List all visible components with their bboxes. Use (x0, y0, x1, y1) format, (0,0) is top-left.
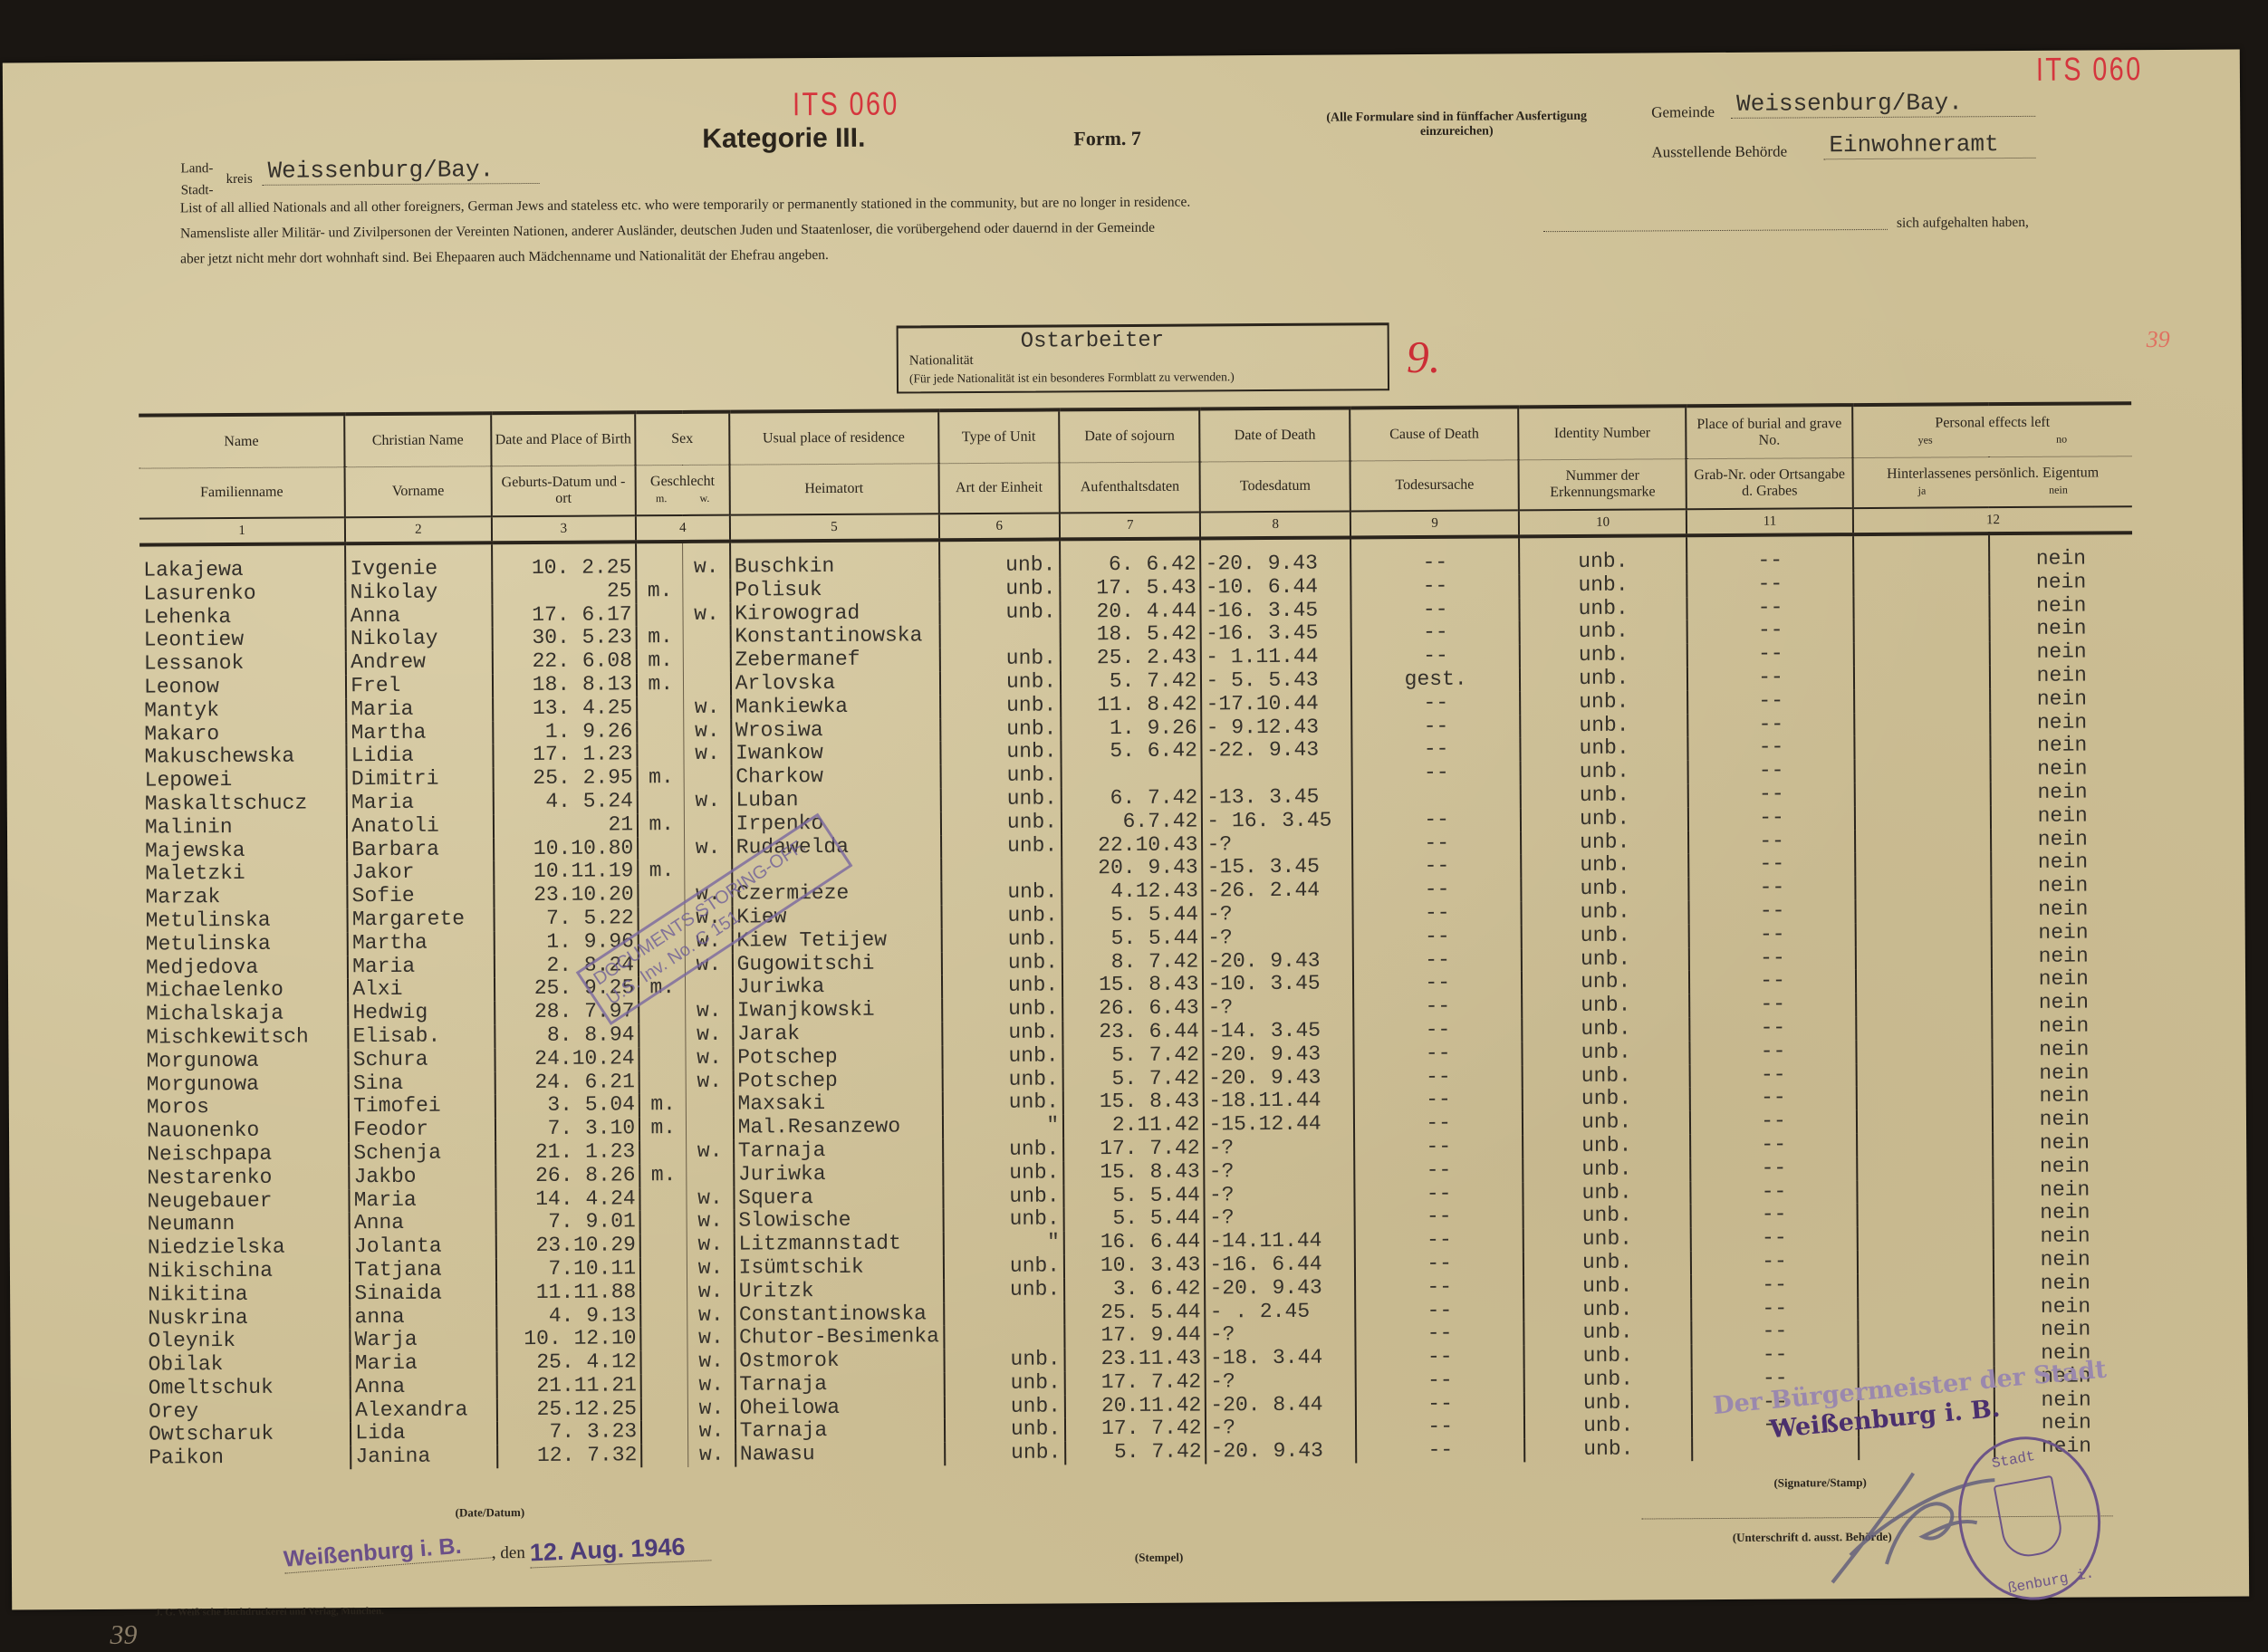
cell-id: unb. (1522, 971, 1689, 995)
cell-burial: -- (1687, 534, 1853, 573)
cell-birth: 17. 1.23 (493, 744, 638, 768)
cell-sojourn: 6.7.42 (1062, 810, 1202, 834)
cell-first: Anatoli (347, 814, 494, 839)
cell-residence: Chutor-Besimenka (735, 1326, 944, 1350)
cell-w: w. (687, 1186, 734, 1210)
date-stamp: 12. Aug. 1946 (529, 1532, 711, 1568)
its-stamp-center: ITS 060 (793, 85, 899, 124)
cell-first: anna (350, 1305, 496, 1330)
cell-unit: unb. (941, 881, 1062, 906)
nationality-label: Nationalität (909, 353, 974, 369)
cell-w: w. (688, 1444, 735, 1467)
cell-yes (1855, 829, 1991, 853)
intro-german-1-end: sich aufgehalten haben, (1897, 209, 2114, 235)
cell-birth: 1. 9.26 (493, 720, 638, 744)
cell-residence: Zebermanef (730, 648, 939, 672)
cell-sojourn: 15. 8.43 (1063, 1090, 1204, 1115)
cell-id: unb. (1521, 783, 1688, 808)
cell-burial: -- (1687, 572, 1853, 597)
cell-m (641, 1420, 688, 1444)
cell-w: w. (688, 1397, 735, 1420)
cell-first: Anna (350, 1212, 496, 1236)
den-label: , den (492, 1543, 525, 1562)
cell-name: Obilak (145, 1352, 351, 1377)
page-title: Kategorie III. (702, 123, 865, 155)
cell-yes (1857, 1132, 1993, 1157)
cell-sojourn: 1. 9.26 (1061, 716, 1201, 741)
cell-sojourn: 11. 8.42 (1061, 693, 1201, 717)
cell-yes (1858, 1225, 1994, 1250)
cell-unit: unb. (944, 1349, 1065, 1373)
cell-burial: -- (1687, 689, 1854, 714)
landkreis-field: Weissenburg/Bay. (262, 156, 539, 186)
cell-death: - 5. 5.43 (1201, 668, 1351, 693)
cell-residence: Squera (734, 1186, 943, 1210)
cell-death: -? (1205, 1183, 1355, 1207)
cell-burial: -- (1691, 1226, 1858, 1251)
cell-sojourn: 8. 7.42 (1062, 950, 1203, 975)
cell-no: nein (1993, 1202, 2137, 1226)
col-name-de: Familienname (139, 467, 346, 519)
cell-yes (1855, 782, 1991, 806)
cell-burial: -- (1687, 666, 1854, 690)
col-num-5: 5 (730, 514, 939, 541)
cell-id: unb. (1524, 1415, 1692, 1439)
cell-name: Owtscharuk (145, 1423, 351, 1447)
cell-yes (1858, 1319, 1994, 1343)
col-effects-ja: ja (1918, 483, 1927, 499)
cell-id: unb. (1521, 737, 1688, 762)
cell-id: unb. (1523, 1298, 1691, 1322)
cell-burial: -- (1691, 1297, 1858, 1321)
cell-residence: Ostmorok (735, 1349, 944, 1373)
cell-id: unb. (1523, 1088, 1690, 1112)
col-id-en: Identity Number (1518, 406, 1686, 460)
cell-unit: unb. (943, 1185, 1064, 1209)
cell-w: w. (687, 1070, 734, 1093)
cell-name: Mischkewitsch (142, 1025, 348, 1050)
cell-unit: unb. (943, 1254, 1064, 1279)
cell-burial: -- (1690, 1109, 1857, 1134)
cell-death: -? (1206, 1417, 1356, 1441)
cell-id: unb. (1522, 994, 1689, 1018)
cell-name: Nikitina (144, 1282, 350, 1307)
cell-no: nein (1991, 851, 2135, 876)
cell-no: nein (1990, 735, 2134, 759)
cell-first: Maria (347, 791, 494, 815)
cell-id: unb. (1519, 535, 1687, 574)
cell-death: -13. 3.45 (1202, 785, 1352, 810)
cell-cause: -- (1356, 1345, 1524, 1369)
cell-id: unb. (1524, 1391, 1692, 1416)
cell-w (687, 1163, 734, 1186)
cell-cause: -- (1356, 1392, 1524, 1417)
cell-no: nein (1991, 898, 2135, 922)
cell-w: w. (687, 1303, 735, 1327)
cell-unit: " (942, 1115, 1063, 1139)
cell-sojourn: 17. 5.43 (1060, 576, 1200, 600)
cell-sojourn: 5. 5.44 (1062, 927, 1203, 951)
cell-birth: 18. 8.13 (493, 673, 638, 697)
place-date-line: Weißenburg i. B., den 12. Aug. 1946 (283, 1535, 711, 1567)
cell-residence: Juriwka (734, 1162, 943, 1186)
cell-death: -? (1204, 996, 1354, 1021)
cell-residence: Nawasu (735, 1443, 945, 1467)
cell-cause: -- (1354, 1089, 1523, 1113)
cell-sojourn: 25. 5.44 (1064, 1301, 1205, 1325)
cell-birth: 7. 3.10 (495, 1117, 640, 1141)
cell-name: Neumann (144, 1213, 350, 1237)
cell-yes (1857, 1085, 1993, 1109)
cell-m: m. (639, 1164, 687, 1187)
cell-w: w. (685, 790, 732, 813)
cell-w: w. (688, 1420, 735, 1444)
cell-cause: -- (1353, 948, 1522, 973)
cell-cause: -- (1355, 1299, 1523, 1323)
cell-birth: 8. 8.94 (495, 1023, 639, 1048)
cell-sojourn: 20. 4.44 (1061, 600, 1201, 624)
cell-name: Oleynik (144, 1330, 350, 1354)
cell-m (639, 883, 686, 907)
cell-unit (944, 1301, 1065, 1326)
cell-unit: unb. (941, 927, 1062, 952)
cell-cause: -- (1355, 1205, 1523, 1230)
cell-m (640, 1186, 687, 1210)
cell-sojourn: 23. 6.44 (1062, 1020, 1203, 1044)
cell-yes (1856, 969, 1992, 994)
cell-name: Majewska (141, 839, 347, 863)
cell-cause: -- (1354, 1065, 1523, 1090)
cell-unit: unb. (941, 834, 1062, 859)
cell-yes (1858, 1296, 1994, 1321)
cell-w: w. (683, 542, 730, 580)
cell-first: Sinaida (350, 1282, 496, 1306)
col-birth-de: Geburts-Datum und -ort (491, 466, 636, 516)
cell-first: Anna (346, 604, 493, 629)
cell-unit: unb. (944, 1371, 1065, 1396)
cell-w (684, 626, 731, 649)
cell-cause: -- (1355, 1228, 1523, 1253)
cell-id: unb. (1523, 1205, 1691, 1229)
cell-cause: -- (1351, 598, 1520, 622)
cell-cause: gest. (1351, 668, 1520, 692)
cell-sojourn: 5. 7.42 (1063, 1043, 1204, 1068)
cell-name: Medjedova (142, 956, 348, 980)
submission-note: (Alle Formulare sind in fünffacher Ausfe… (1325, 110, 1588, 140)
cell-sojourn: 17. 9.44 (1064, 1324, 1205, 1349)
cell-id: unb. (1523, 1181, 1691, 1205)
cell-death: -10. 6.44 (1201, 575, 1351, 600)
cell-burial: -- (1689, 969, 1856, 994)
cell-birth: 3. 5.04 (495, 1094, 639, 1119)
cell-id: unb. (1524, 1437, 1692, 1462)
cell-unit: unb. (942, 1044, 1063, 1069)
cell-unit (939, 624, 1061, 648)
cell-birth: 7. 9.01 (495, 1211, 640, 1235)
col-num-7: 7 (1060, 512, 1200, 539)
cell-cause: -- (1353, 994, 1522, 1019)
cell-death: - 16. 3.45 (1202, 809, 1352, 833)
cell-cause: -- (1356, 1439, 1524, 1464)
col-effects-de: Hinterlassenes persönlich. Eigentum jane… (1853, 456, 2132, 508)
col-residence-de: Heimatort (729, 464, 938, 515)
cell-no: nein (1991, 828, 2135, 852)
cell-burial: -- (1690, 1086, 1857, 1110)
col-num-11: 11 (1687, 508, 1853, 535)
cell-cause: -- (1351, 691, 1520, 716)
cell-unit: unb. (943, 1161, 1064, 1186)
cell-residence: Maxsaki (733, 1092, 942, 1117)
cell-m (636, 542, 683, 580)
cell-birth: 13. 4.25 (493, 696, 638, 721)
cell-sojourn: 2.11.42 (1063, 1114, 1204, 1138)
cell-residence: Mal.Resanzewo (734, 1115, 943, 1139)
cell-death: -15. 3.45 (1203, 856, 1353, 880)
cell-unit (941, 858, 1062, 882)
cell-name: Metulinska (142, 932, 348, 956)
cell-burial: -- (1688, 783, 1855, 807)
cell-residence: Polisuk (730, 578, 939, 602)
cell-sojourn: 22.10.43 (1062, 833, 1202, 858)
cell-no: nein (1991, 945, 2135, 969)
cell-residence: Slowische (734, 1209, 943, 1234)
cell-death: -10. 3.45 (1203, 973, 1353, 997)
cell-burial: -- (1691, 1273, 1858, 1298)
col-birth-en: Date and Place of Birth (491, 412, 636, 466)
cell-residence: Charkow (731, 764, 940, 789)
cell-death: -? (1205, 1136, 1355, 1160)
cell-m: m. (639, 1117, 687, 1140)
col-effects-en-label: Personal effects left (1856, 414, 2129, 432)
cell-name: Michaelenko (142, 979, 348, 1004)
cell-name: Neischpapa (143, 1142, 349, 1167)
cell-sojourn: 20. 9.43 (1062, 857, 1202, 881)
cell-yes (1858, 1202, 1994, 1226)
form-number: Form. 7 (1073, 127, 1141, 150)
cell-unit: unb. (939, 648, 1061, 672)
coat-of-arms-icon (1994, 1475, 2066, 1561)
cell-first: Elisab. (349, 1024, 495, 1049)
cell-sojourn: 5. 5.44 (1064, 1184, 1205, 1208)
cell-name: Maletzki (141, 862, 347, 887)
cell-residence: Irpenko (732, 812, 941, 836)
cell-birth: 12. 7.32 (497, 1445, 642, 1469)
cell-birth: 30. 5.23 (492, 627, 637, 651)
its-stamp-right: ITS 060 (2036, 50, 2143, 89)
cell-birth: 25. 4.12 (496, 1350, 641, 1375)
cell-sojourn: 15. 8.43 (1063, 1160, 1204, 1185)
cell-sojourn: 17. 7.42 (1063, 1137, 1204, 1161)
cell-yes (1854, 641, 1990, 666)
cell-sojourn: 16. 6.44 (1064, 1231, 1205, 1255)
cell-sojourn: 5. 7.42 (1061, 669, 1201, 694)
cell-name: Makuschewska (140, 745, 346, 770)
cell-death: -14.11.44 (1205, 1230, 1355, 1254)
cell-m (641, 1327, 688, 1350)
cell-residence: Juriwka (733, 975, 942, 1000)
cell-first: Maria (350, 1188, 496, 1213)
cell-no: nein (1992, 1108, 2136, 1132)
cell-name: Leontiew (140, 629, 346, 653)
cell-burial: -- (1687, 735, 1854, 760)
cell-sojourn: 17. 7.42 (1065, 1370, 1206, 1395)
cell-name: Maskaltschucz (141, 792, 347, 816)
cell-no: nein (1994, 1295, 2138, 1320)
cell-sojourn: 25. 2.43 (1061, 647, 1201, 671)
cell-death: - 9.12.43 (1202, 716, 1352, 740)
cell-name: Orey (145, 1399, 351, 1424)
cell-burial: -- (1690, 1063, 1857, 1088)
cell-yes (1853, 571, 1989, 596)
cell-no: nein (1990, 781, 2134, 805)
cell-yes (1854, 712, 1990, 736)
col-unit-de: Art der Einheit (938, 463, 1060, 514)
cell-name: Omeltschuk (145, 1376, 351, 1400)
cell-death: -18. 3.44 (1206, 1347, 1356, 1371)
cell-cause: -- (1351, 621, 1520, 646)
cell-yes (1854, 688, 1990, 713)
cell-yes (1855, 758, 1991, 783)
cell-id: unb. (1523, 1157, 1690, 1182)
cell-no: nein (1993, 1248, 2137, 1273)
cell-death: -20. 9.43 (1203, 949, 1353, 974)
cell-sojourn: 5. 5.44 (1064, 1207, 1205, 1232)
cell-birth: 26. 8.26 (495, 1164, 640, 1188)
cell-no: nein (1989, 640, 2133, 665)
cell-death: -20. 8.44 (1206, 1393, 1356, 1417)
cell-w (686, 976, 733, 1000)
cell-death: -16. 6.44 (1205, 1253, 1355, 1277)
cell-no: nein (1991, 874, 2135, 898)
col-effects-yes: yes (1918, 432, 1933, 448)
cell-no: nein (1991, 921, 2135, 946)
cell-sojourn: 5. 5.44 (1062, 903, 1203, 927)
cell-name: Lehenka (139, 605, 345, 629)
cell-first: Martha (346, 721, 493, 745)
cell-cause: -- (1352, 762, 1521, 786)
cell-residence: Tarnaja (735, 1419, 945, 1444)
cell-birth: 7.10.11 (496, 1257, 641, 1282)
cell-cause (1352, 784, 1521, 809)
col-id-de: Nummer der Erkennungsmarke (1519, 459, 1687, 511)
cell-unit: unb. (940, 764, 1062, 789)
landkreis-label-top: Land- (180, 161, 213, 177)
cell-no: nein (1990, 687, 2134, 712)
cell-unit: unb. (939, 600, 1061, 625)
cell-residence: Arlovska (731, 671, 940, 696)
cell-unit: unb. (944, 1395, 1065, 1419)
cell-cause: -- (1356, 1416, 1524, 1440)
cell-name: Morgunowa (142, 1049, 348, 1073)
cell-m (641, 1350, 688, 1374)
cell-first: Andrew (346, 650, 493, 675)
cell-death: -20. 9.43 (1204, 1066, 1354, 1090)
cell-w: w. (687, 1140, 734, 1164)
cell-birth: 22. 6.08 (492, 649, 637, 674)
cell-id: unb. (1521, 760, 1688, 784)
register-body: LakajewaIvgenie10. 2.25w.Buschkinunb.6. … (139, 533, 2138, 1470)
cell-no: nein (1993, 1178, 2137, 1203)
cell-residence: Uritzk (735, 1279, 944, 1303)
cell-no: nein (1993, 1225, 2137, 1249)
col-num-8: 8 (1200, 511, 1350, 538)
cell-burial: -- (1687, 596, 1854, 620)
cell-death: -20. 9.43 (1205, 1276, 1355, 1301)
cell-no: nein (1989, 533, 2133, 571)
cell-unit: unb. (942, 1021, 1063, 1045)
cell-sojourn: 3. 6.42 (1064, 1277, 1205, 1301)
col-first-de: Vorname (345, 466, 492, 517)
cell-cause: -- (1352, 878, 1521, 902)
cell-residence: Kirowograd (730, 601, 939, 626)
cell-w (684, 673, 731, 696)
cell-m: m. (637, 673, 684, 696)
col-sex-de: Geschlecht m.w. (636, 465, 730, 515)
col-num-2: 2 (345, 516, 492, 543)
cell-id: unb. (1523, 1134, 1690, 1158)
cell-m: m. (639, 1093, 687, 1117)
cell-first: Ivgenie (345, 543, 492, 581)
cell-residence: Luban (731, 788, 940, 812)
cell-m (641, 1374, 688, 1397)
col-burial-en: Place of burial and grave No. (1686, 405, 1852, 459)
cell-name: Malinin (141, 815, 347, 840)
cell-yes (1853, 595, 1989, 619)
cell-birth: 4. 9.13 (496, 1304, 641, 1329)
col-num-12: 12 (1853, 506, 2132, 534)
cell-yes (1858, 1249, 1994, 1273)
cell-m (639, 1023, 686, 1047)
cell-sojourn: 15. 8.43 (1062, 974, 1203, 998)
cell-cause: -- (1350, 574, 1519, 599)
date-label: (Date/Datum) (456, 1505, 525, 1520)
cell-no: nein (1989, 618, 2133, 642)
cell-sojourn: 5. 7.42 (1063, 1067, 1204, 1091)
cell-no: nein (1992, 968, 2136, 993)
gemeinde-field: Weissenburg/Bay. (1731, 89, 2035, 119)
register-table: Name Christian Name Date and Place of Bi… (139, 401, 2138, 1470)
cell-id: unb. (1520, 714, 1687, 738)
cell-w: w. (687, 1234, 735, 1257)
behoerde-field: Einwohneramt (1823, 130, 2035, 159)
cell-first: Warja (351, 1329, 497, 1353)
cell-death: - 1.11.44 (1201, 646, 1351, 670)
cell-w: w. (687, 1327, 735, 1350)
cell-no: nein (1992, 1061, 2136, 1086)
cell-burial: -- (1688, 806, 1855, 831)
cell-yes (1857, 1109, 1993, 1133)
cell-yes (1857, 1062, 1993, 1087)
cell-yes (1856, 898, 1992, 923)
nationality-box: Ostarbeiter Nationalität (Für jede Natio… (897, 322, 1389, 393)
cell-cause: -- (1352, 831, 1521, 856)
cell-name: Lasurenko (139, 581, 345, 606)
cell-id: unb. (1520, 643, 1687, 668)
cell-yes (1858, 1273, 1994, 1297)
cell-id: unb. (1523, 1110, 1690, 1135)
col-effects-de-label: Hinterlassenes persönlich. Eigentum (1857, 465, 2129, 483)
cell-yes (1854, 735, 1990, 760)
col-num-1: 1 (139, 517, 345, 544)
cell-id: unb. (1520, 620, 1687, 645)
cell-birth: 14. 4.24 (495, 1187, 640, 1212)
cell-first: Tatjana (350, 1258, 496, 1282)
cell-death: -? (1203, 902, 1353, 927)
cell-yes (1857, 1156, 1993, 1180)
cell-id: unb. (1522, 947, 1689, 972)
cell-name: Makaro (140, 722, 346, 746)
cell-burial: -- (1689, 993, 1856, 1017)
